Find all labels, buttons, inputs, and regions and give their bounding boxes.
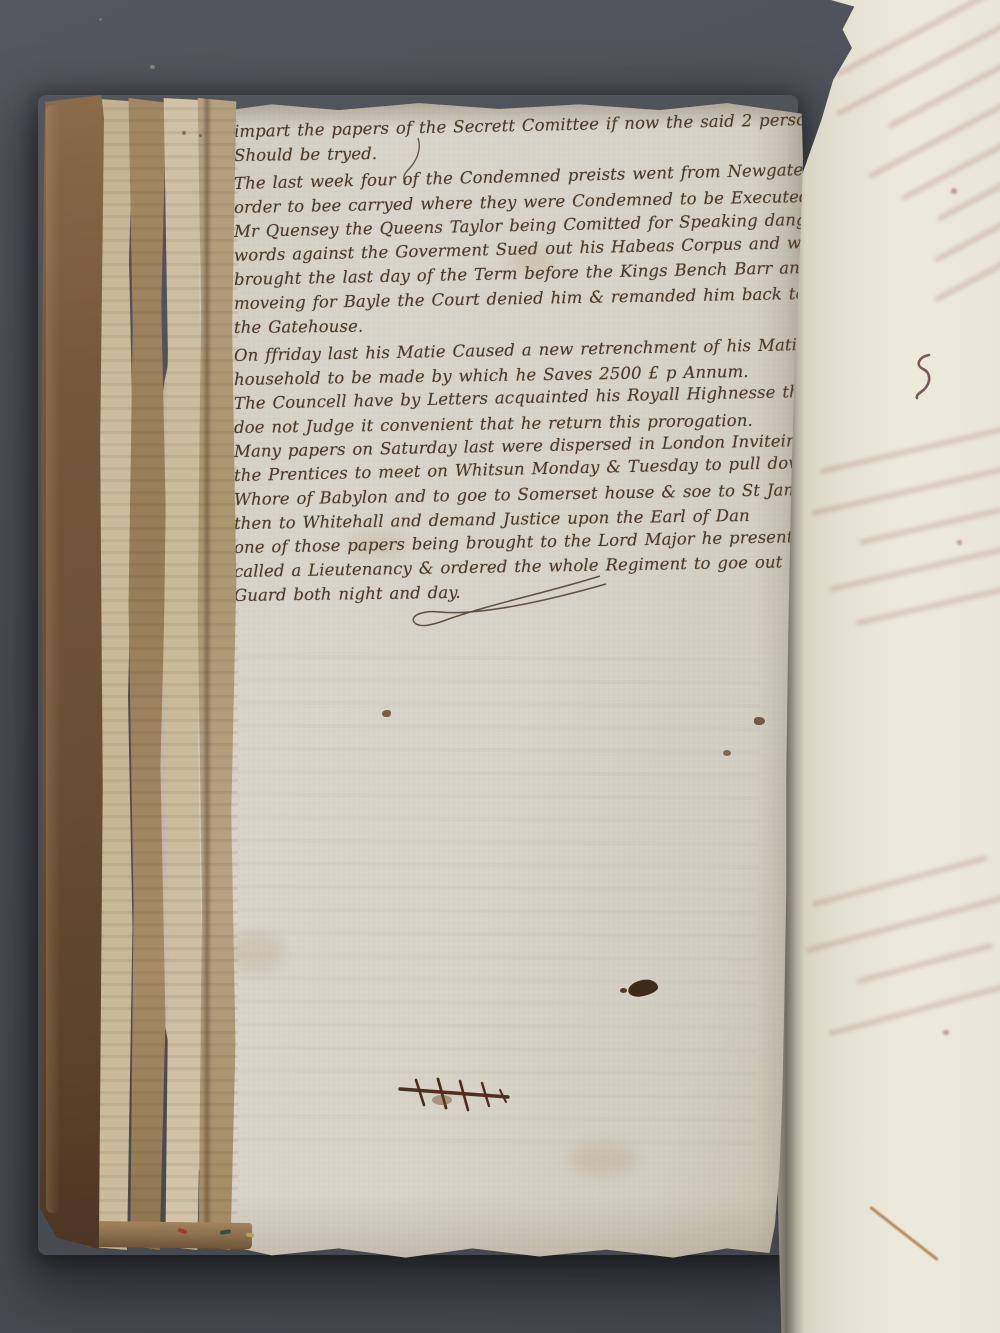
handwritten-text-block: impart the papers of the Secrett Comitte…	[234, 120, 808, 608]
ink-bleed-dot	[943, 1030, 949, 1035]
ink-blot	[620, 988, 627, 993]
ink-bleed-dot	[957, 540, 962, 545]
manuscript-photograph: { "manuscript": { "lines": [ "impart the…	[0, 0, 1000, 1333]
manuscript-page: impart the papers of the Secrett Comitte…	[138, 102, 807, 1260]
spine-highlight	[46, 105, 60, 1213]
dust-speck	[99, 18, 102, 21]
pen-flourish	[400, 570, 610, 632]
s-shaped-pen-mark	[911, 352, 937, 400]
bleed-through-script	[795, 388, 1000, 663]
ink-speck	[382, 710, 391, 717]
book-bottom-edge	[84, 1221, 252, 1249]
dust-speck	[150, 65, 155, 69]
page-edge-stack	[84, 98, 238, 1250]
leaf-edge-texture	[84, 98, 238, 1250]
leather-spine	[40, 95, 104, 1249]
stitched-repair	[396, 1072, 520, 1116]
ink-speck	[723, 750, 731, 756]
pen-flourish	[396, 136, 426, 184]
stray-ink-mark	[199, 134, 202, 137]
bleed-through-script	[785, 813, 1000, 1073]
stray-ink-mark	[182, 131, 186, 135]
foxing-stain	[568, 1142, 638, 1176]
rust-scratch	[869, 1206, 939, 1261]
ink-bleed-dot	[951, 188, 957, 194]
bleed-through-script	[805, 0, 1000, 329]
